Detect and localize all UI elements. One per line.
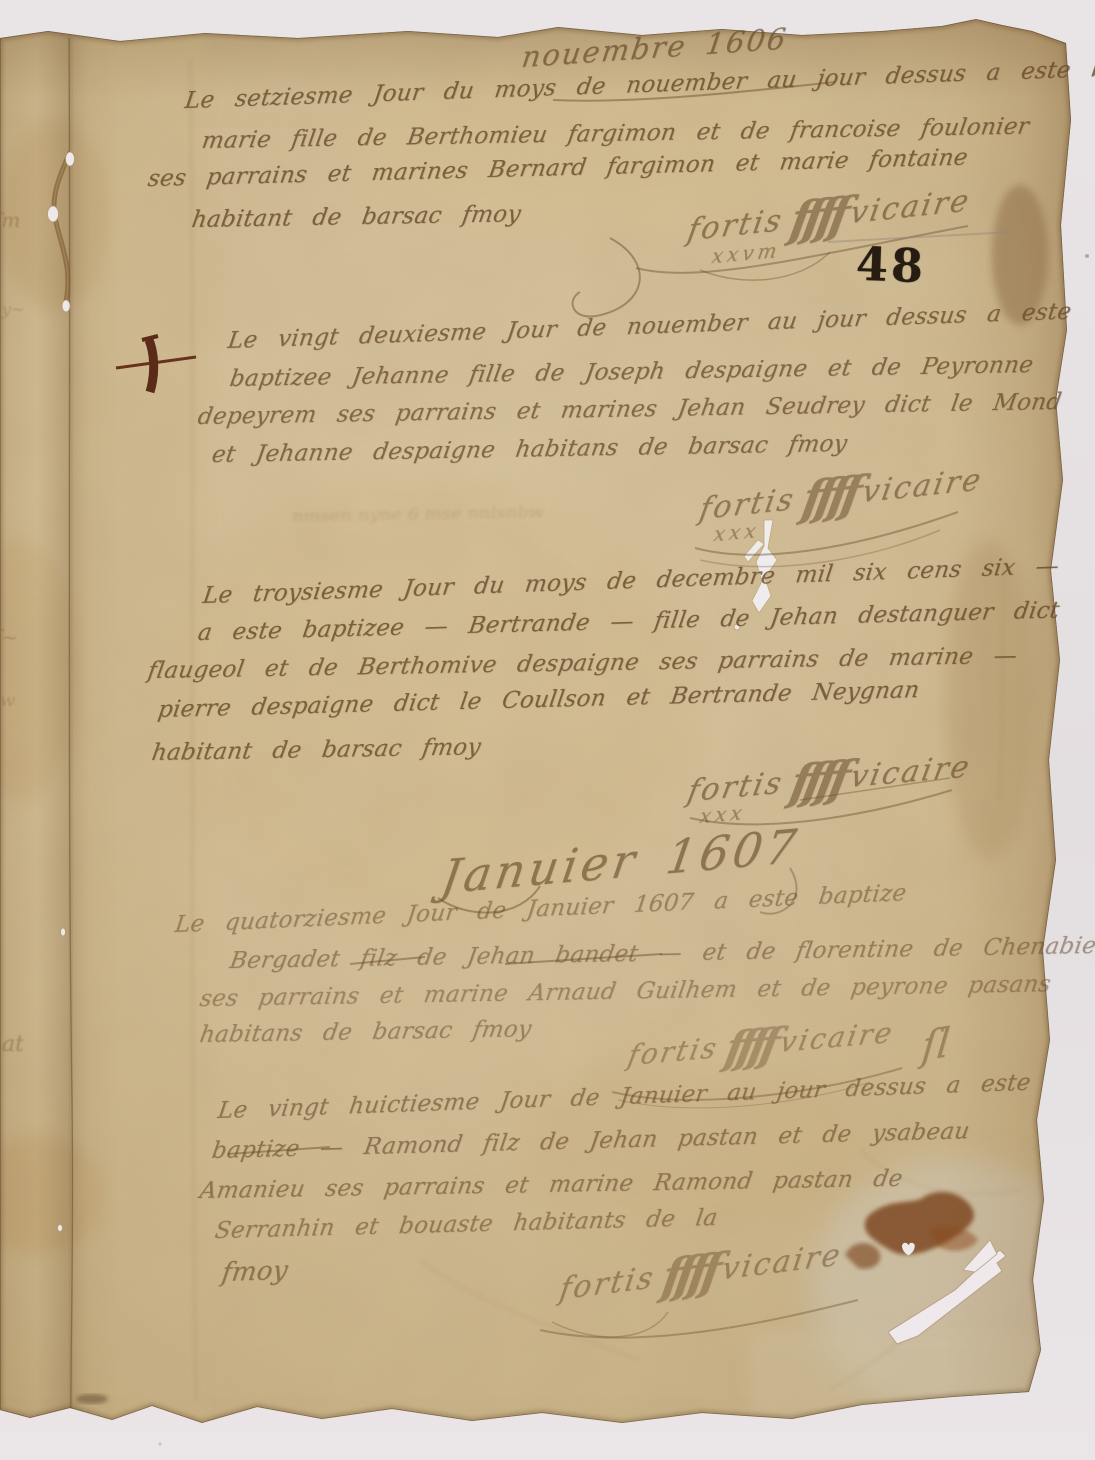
vicar-signature: fortisffffvicaire [623, 1008, 899, 1083]
signature-paraph: ffff [786, 186, 848, 248]
manuscript-line: Bergadet filz de Jehan bandet — et de fl… [228, 933, 1095, 974]
manuscript-line: habitans de barsac fmoy [198, 1016, 533, 1048]
manuscript-line: habitant de barsac fmoy [150, 734, 483, 766]
signature-title: vicaire [848, 183, 974, 231]
page-number-stamp: 48 [855, 237, 927, 293]
signature-scribble: xxvm [710, 238, 782, 268]
signature-paraph: ffff [658, 1242, 719, 1305]
signature-title: vicaire [847, 749, 974, 795]
signature-paraph: ffff [798, 465, 860, 527]
manuscript-line: Serranhin et bouaste habitants de la [213, 1205, 719, 1244]
manuscript-line: depeyrem ses parrains et marines Jehan S… [196, 389, 1064, 430]
manuscript-line: et Jehanne despaigne habitans de barsac … [210, 431, 849, 468]
vicar-signature: fortisffffvicaire [556, 1227, 847, 1318]
signature-title: vicaire [777, 1015, 897, 1059]
manuscript-scan: nouembre 1606 Le setziesme Jour du moys … [0, 0, 1095, 1460]
verso-ink-fragment: at [2, 1032, 24, 1057]
verso-ink-fragment: ſm [0, 208, 20, 232]
bleed-through-line: nmsen nyne 6 mse nnlsnbw [292, 503, 544, 526]
manuscript-line: Le vingt deuxiesme Jour de nouember au j… [226, 298, 1073, 354]
manuscript-line: ses parrains et marine Arnaud Guilhem et… [198, 971, 1053, 1012]
manuscript-line: pierre despaigne dict le Coullson et Ber… [156, 677, 921, 723]
signature-name: fortis [557, 1260, 658, 1308]
manuscript-line: baptize — Ramond filz de Jehan pastan et… [210, 1118, 971, 1164]
handwritten-text-layer: nouembre 1606 Le setziesme Jour du moys … [0, 0, 1095, 1460]
verso-ink-fragment: w [0, 690, 15, 711]
month-header-november: nouembre 1606 [520, 21, 790, 74]
signature-scribble: xxx [712, 518, 762, 546]
signature-paraph: ffff [786, 750, 849, 811]
verso-ink-fragment: ʃ~ [0, 625, 18, 649]
manuscript-line: baptizee Jehanne fille de Joseph despaig… [228, 352, 1035, 392]
verso-ink-fragment: y~ [2, 300, 24, 319]
signature-title: vicaire [720, 1237, 845, 1288]
manuscript-line: Amanieu ses parrains et marine Ramond pa… [198, 1166, 905, 1204]
signature-name: fortis [625, 1031, 721, 1073]
manuscript-line: habitant de barsac fmoy [190, 201, 523, 233]
signature-paraph: ffff [721, 1019, 778, 1075]
manuscript-line: fmoy [220, 1256, 290, 1288]
signature-title: vicaire [860, 462, 986, 510]
signature-end-mark: ſl [920, 1020, 953, 1071]
